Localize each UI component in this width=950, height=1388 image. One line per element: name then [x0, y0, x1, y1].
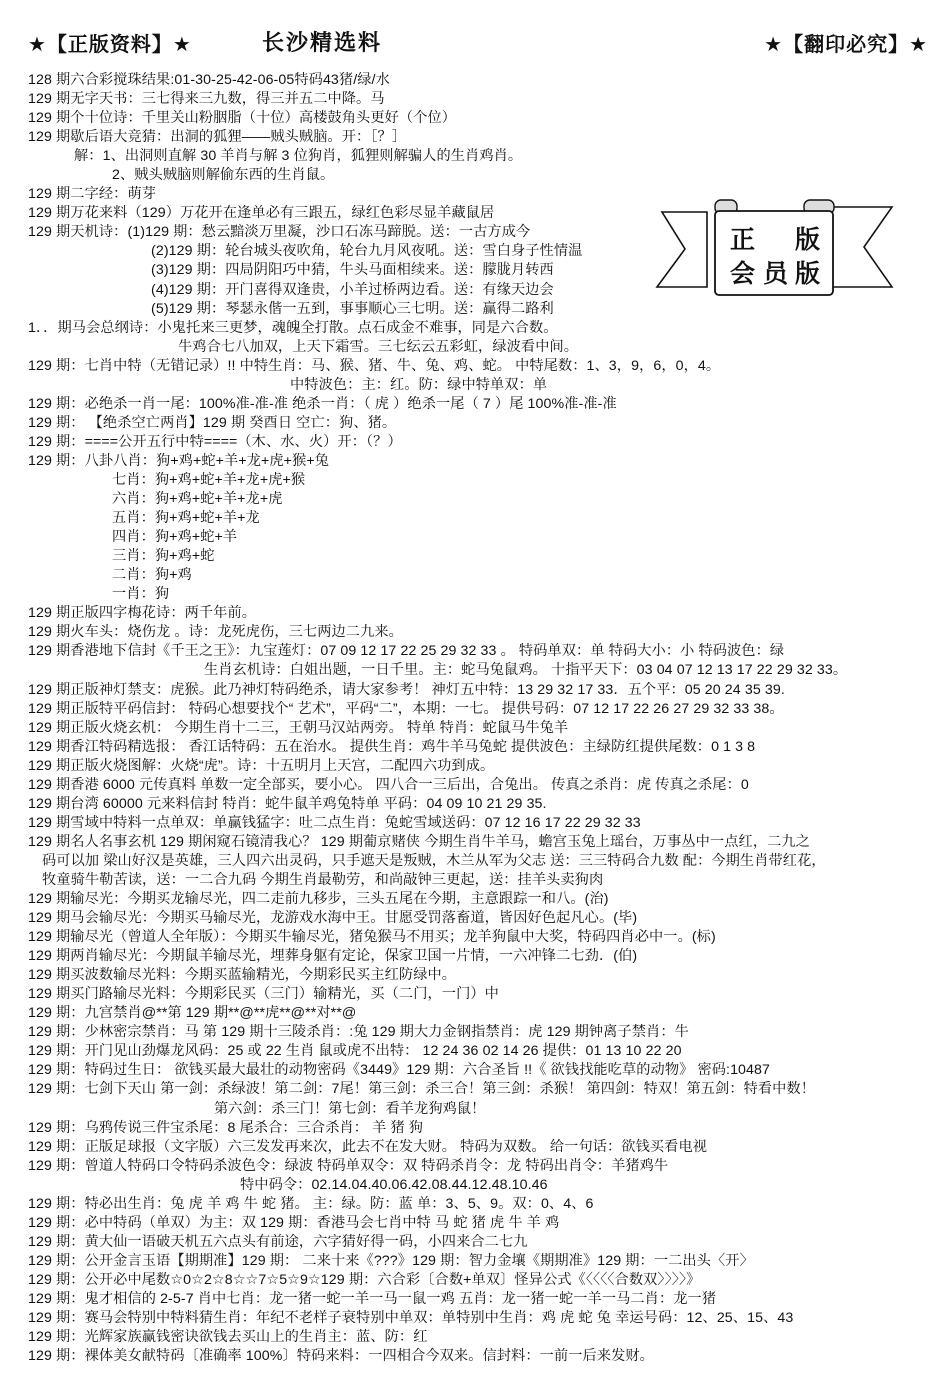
text-line: 解：1、出洞则直解 30 羊肖与解 3 位狗肖，狐狸则解骗人的生肖鸡肖。: [28, 147, 943, 166]
text-line: 129 期：必中特码（单双）为主：双 129 期：香港马会七肖中特 马 蛇 猪 …: [28, 1214, 943, 1233]
text-line: 码可以加 梁山好汉是英雄，三人四六出灵码，只手遮天是叛贼，木兰从军为父志 送：三…: [28, 852, 943, 871]
text-line: 129 期输尽光（曾道人全年版）：今期买牛输尽光，猪兔猴马不用买；龙羊狗鼠中大奖…: [28, 928, 943, 947]
text-line: 2、贼头贼脑则解偷东西的生肖鼠。: [28, 166, 943, 185]
text-line: 129 期台湾 60000 元来料信封 特肖：蛇牛鼠羊鸡兔特单 平码：04 09…: [28, 795, 943, 814]
page-title: 长沙精选料: [262, 26, 382, 57]
text-line: 129 期：必绝杀一肖一尾：100%准-准-准 绝杀一肖：（ 虎 ）绝杀一尾（ …: [28, 395, 943, 414]
text-line: 129 期输尽光：今期买龙输尽光，四二走前九移步，三头五尾在今期，主意跟踪一和八…: [28, 890, 943, 909]
text-line: 129 期无字天书：三七得来三九数，得三并五二中降。马: [28, 90, 943, 109]
text-line: 129 期歇后语大竞猜：出洞的狐狸——贼头贼脑。开：［？］: [28, 128, 943, 147]
text-line: 129 期万花来料（129）万花开在逢单必有三跟五，绿红色彩尽显羊藏鼠居: [28, 204, 943, 223]
text-line: 129 期：七肖中特（无错记录）!! 中特生肖：马、猴、猪、牛、兔、鸡、蛇。 中…: [28, 357, 943, 376]
text-line: 129 期天机诗：(1)129 期：愁云黯淡万里凝，沙口石冻马蹄脱。送：一古方成…: [28, 223, 943, 242]
text-line: 1．．期马会总纲诗：小鬼托来三更梦，魂魄全打散。点石成金不难事，同是六合数。: [28, 319, 943, 338]
text-line: 129 期香港 6000 元传真料 单数一定全部买，要小心。 四八合一三后出，合…: [28, 776, 943, 795]
text-line: 129 期正版特平码信封： 特码心想要找个“ 艺术”，平码“二”，本期：一七。 …: [28, 700, 943, 719]
text-line: 五肖：狗+鸡+蛇+羊+龙: [28, 509, 943, 528]
text-line: 129 期两肖输尽光：今期鼠羊输尽光，埋葬身躯有定论，保家卫国一片情，一六冲锋二…: [28, 947, 943, 966]
text-line: 129 期：特必出生肖：兔 虎 羊 鸡 牛 蛇 猪。 主：绿。防：蓝 单：3、5…: [28, 1195, 943, 1214]
text-line: 一肖：狗: [28, 585, 943, 604]
text-line: 129 期买波数输尽光料：今期买蓝输精光，今期彩民买主红防绿中。: [28, 966, 943, 985]
text-line: 129 期：七剑下天山 第一剑：杀绿波！第二剑：7尾！第三剑：杀三合！第三剑：杀…: [28, 1080, 943, 1099]
text-line: (3)129 期：四局阴阳巧中猜，牛头马面相续来。送：朦胧月转西: [28, 261, 943, 280]
text-line: 牛鸡合七八加双，上天下霜雪。三七纭云五彩虹，绿波看中间。: [28, 338, 943, 357]
header-right-label: ★【翻印必究】★: [764, 28, 928, 57]
text-line: 129 期：特码过生日： 欲钱买最大最壮的动物密码《3449》129 期：六合圣…: [28, 1061, 943, 1080]
text-line: 六肖：狗+鸡+蛇+羊+龙+虎: [28, 490, 943, 509]
text-line: 129 期正版火烧图解：火烧“虎”。诗：十五明月上天宫，二配四六功到成。: [28, 757, 943, 776]
text-line: 129 期：黄大仙一语破天机五六点头有前途，六字猜好得一码，小四来合二七九: [28, 1233, 943, 1252]
text-line: 牧童骑牛勒苦读，送：一二合九码 今期生肖最勒劳，和尚敲钟三更起，送：挂羊头卖狗肉: [28, 871, 943, 890]
text-line: 129 期二字经：萌芽: [28, 185, 943, 204]
text-line: 四肖：狗+鸡+蛇+羊: [28, 528, 943, 547]
text-line: 129 期： 【绝杀空亡两肖】129 期 癸酉日 空亡：狗、猪。: [28, 414, 943, 433]
text-line: 129 期：公开必中尾数☆0☆2☆8☆☆7☆5☆9☆129 期：六合彩〔合数+单…: [28, 1271, 943, 1290]
header-left-label: ★【正版资料】★: [28, 28, 192, 57]
text-line: 129 期：九宫禁肖@**第 129 期**@**虎**@**对**@: [28, 1004, 943, 1023]
text-line: 129 期：鬼才相信的 2-5-7 肖中七肖：龙一猪一蛇一羊一马一鼠一鸡 五肖：…: [28, 1290, 943, 1309]
text-line: (4)129 期：开门喜得双逢贵，小羊过桥两边看。送：有缘天边会: [28, 281, 943, 300]
text-line: 129 期：裸体美女献特码〔准确率 100%〕特码来料：一四相合今双来。信封料：…: [28, 1347, 943, 1366]
text-line: 三肖：狗+鸡+蛇: [28, 547, 943, 566]
text-line: 128 期六合彩搅珠结果:01-30-25-42-06-05特码43猪/绿/水: [28, 71, 943, 90]
text-line: 129 期正版神灯禁支：虎猴。此乃神灯特码绝杀，请大家参考！ 神灯五中特：13 …: [28, 681, 943, 700]
text-line: 129 期马会输尽光：今期买马输尽光，龙游戏水海中王。甘愿受罚落畜道，皆因好色起…: [28, 909, 943, 928]
text-line: 129 期：乌鸦传说三件宝杀尾：8 尾杀合：三合杀肖： 羊 猪 狗: [28, 1119, 943, 1138]
text-line: 129 期个十位诗：千里关山粉胭脂（十位）高楼鼓角头更好（个位）: [28, 109, 943, 128]
text-line: 129 期：八卦八肖：狗+鸡+蛇+羊+龙+虎+猴+兔: [28, 452, 943, 471]
text-line: 特中码令：02.14.04.40.06.42.08.44.12.48.10.46: [28, 1176, 943, 1195]
text-line: 129 期火车头：烧伤龙 。诗：龙死虎伤，三七两边二九来。: [28, 623, 943, 642]
text-line: 129 期香江特码精选报： 香江话特码：五在治水。 提供生肖：鸡牛羊马兔蛇 提供…: [28, 738, 943, 757]
text-line: 129 期：====公开五行中特====（木、水、火）开：（？）: [28, 433, 943, 452]
text-line: 第六剑：杀三门！第七剑：看羊龙狗鸡鼠！: [28, 1100, 943, 1119]
text-line: 七肖：狗+鸡+蛇+羊+龙+虎+猴: [28, 471, 943, 490]
text-line: 生肖玄机诗：白姐出题，一日千里。主：蛇马兔鼠鸡。 十指平天下：03 04 07 …: [28, 661, 943, 680]
text-line: 中特波色：主：红。防：绿中特单双：单: [28, 376, 943, 395]
page-header: ★【正版资料】★ 长沙精选料 ★【翻印必究】★: [0, 22, 950, 62]
text-line: 129 期：正版足球报（文字版）六三发发再来次，此去不在发大财。 特码为双数。 …: [28, 1138, 943, 1157]
text-line: (2)129 期：轮台城头夜吹角，轮台九月风夜吼。送：雪白身子性情温: [28, 242, 943, 261]
text-line: 129 期正版火烧玄机： 今期生肖十二三，王朝马汉站两旁。 特单 特肖：蛇鼠马牛…: [28, 719, 943, 738]
text-line: 129 期雪域中特料一点单双：单赢钱猛字：吐二点生肖：兔蛇雪域送码：07 12 …: [28, 814, 943, 833]
text-line: 129 期香港地下信封《千王之王》：九宝莲灯：07 09 12 17 22 25…: [28, 642, 943, 661]
text-line: 129 期买门路输尽光料：今期彩民买（三门）输精光，买（二门，一门）中: [28, 985, 943, 1004]
text-line: 129 期：少林密宗禁肖：马 第 129 期十三陵杀肖：:兔 129 期大力金钢…: [28, 1023, 943, 1042]
forecast-text-body: 128 期六合彩搅珠结果:01-30-25-42-06-05特码43猪/绿/水 …: [28, 71, 943, 1366]
text-line: 129 期：曾道人特码口令特码杀波色令：绿波 特码单双令：双 特码杀肖令：龙 特…: [28, 1157, 943, 1176]
text-line: 二肖：狗+鸡: [28, 566, 943, 585]
text-line: 129 期：光辉家族赢钱密诀欲钱去买山上的生肖主：蓝、防：红: [28, 1328, 943, 1347]
text-line: 129 期：公开金言玉语【期期准】129 期： 二来十来《???》129 期：智…: [28, 1252, 943, 1271]
text-line: 129 期：赛马会特别中特料猜生肖：年纪不老样子衰特别中单双：单特别中生肖：鸡 …: [28, 1309, 943, 1328]
text-line: (5)129 期：琴瑟永偕一五到，事事顺心三七明。送：赢得二路利: [28, 300, 943, 319]
text-line: 129 期：开门见山劲爆龙风码：25 或 22 生肖 鼠或虎不出特： 12 24…: [28, 1042, 943, 1061]
text-line: 129 期名人名事玄机 129 期闲窥石镜清我心？ 129 期葡京赌侠 今期生肖…: [28, 833, 943, 852]
text-line: 129 期正版四字梅花诗：两千年前。: [28, 604, 943, 623]
